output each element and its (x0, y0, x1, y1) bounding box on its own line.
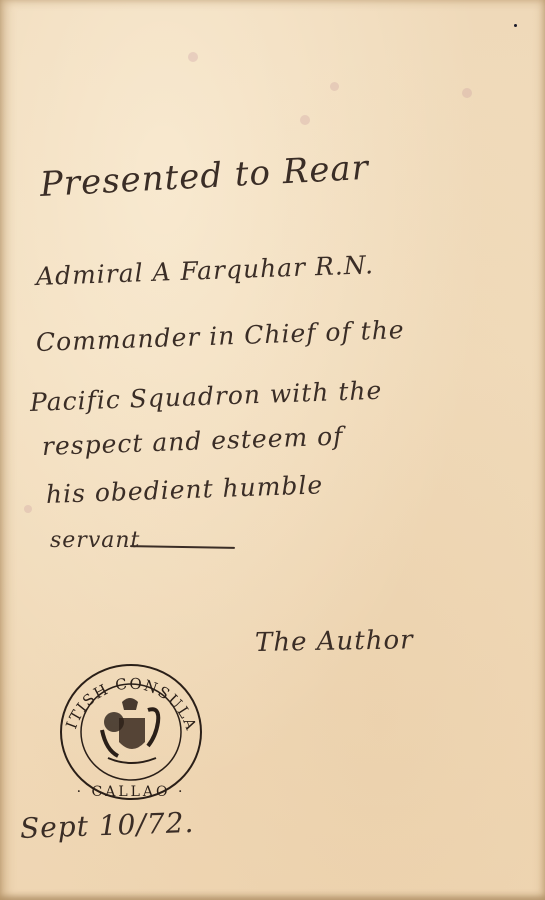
foxing-spot (330, 82, 339, 91)
foxing-spot (462, 88, 472, 98)
inscription-date: Sept 10/72. (19, 806, 194, 845)
consulate-stamp: BRITISH CONSULATE · CALLAO · (56, 660, 206, 802)
inscription-line-7: servant (50, 528, 140, 553)
pen-flourish (130, 545, 235, 549)
inscription-line-6: his obedient humble (45, 470, 323, 509)
inscription-line-2: Admiral A Farquhar R.N. (35, 250, 374, 291)
svg-text:· CALLAO ·: · CALLAO · (77, 784, 186, 800)
foxing-spot (300, 115, 310, 125)
foxing-spot (24, 505, 32, 513)
ink-dot (514, 24, 517, 27)
foxing-spot (188, 52, 198, 62)
inscription-line-5: respect and esteem of (41, 421, 343, 461)
inscription-line-3: Commander in Chief of the (35, 315, 405, 357)
document-page: Presented to Rear Admiral A Farquhar R.N… (0, 0, 545, 900)
inscription-line-1: Presented to Rear (39, 148, 370, 205)
inscription-line-4: Pacific Squadron with the (29, 376, 382, 417)
author-signature: The Author (255, 625, 414, 658)
royal-coat-of-arms-icon: BRITISH CONSULATE · CALLAO · (56, 660, 206, 802)
